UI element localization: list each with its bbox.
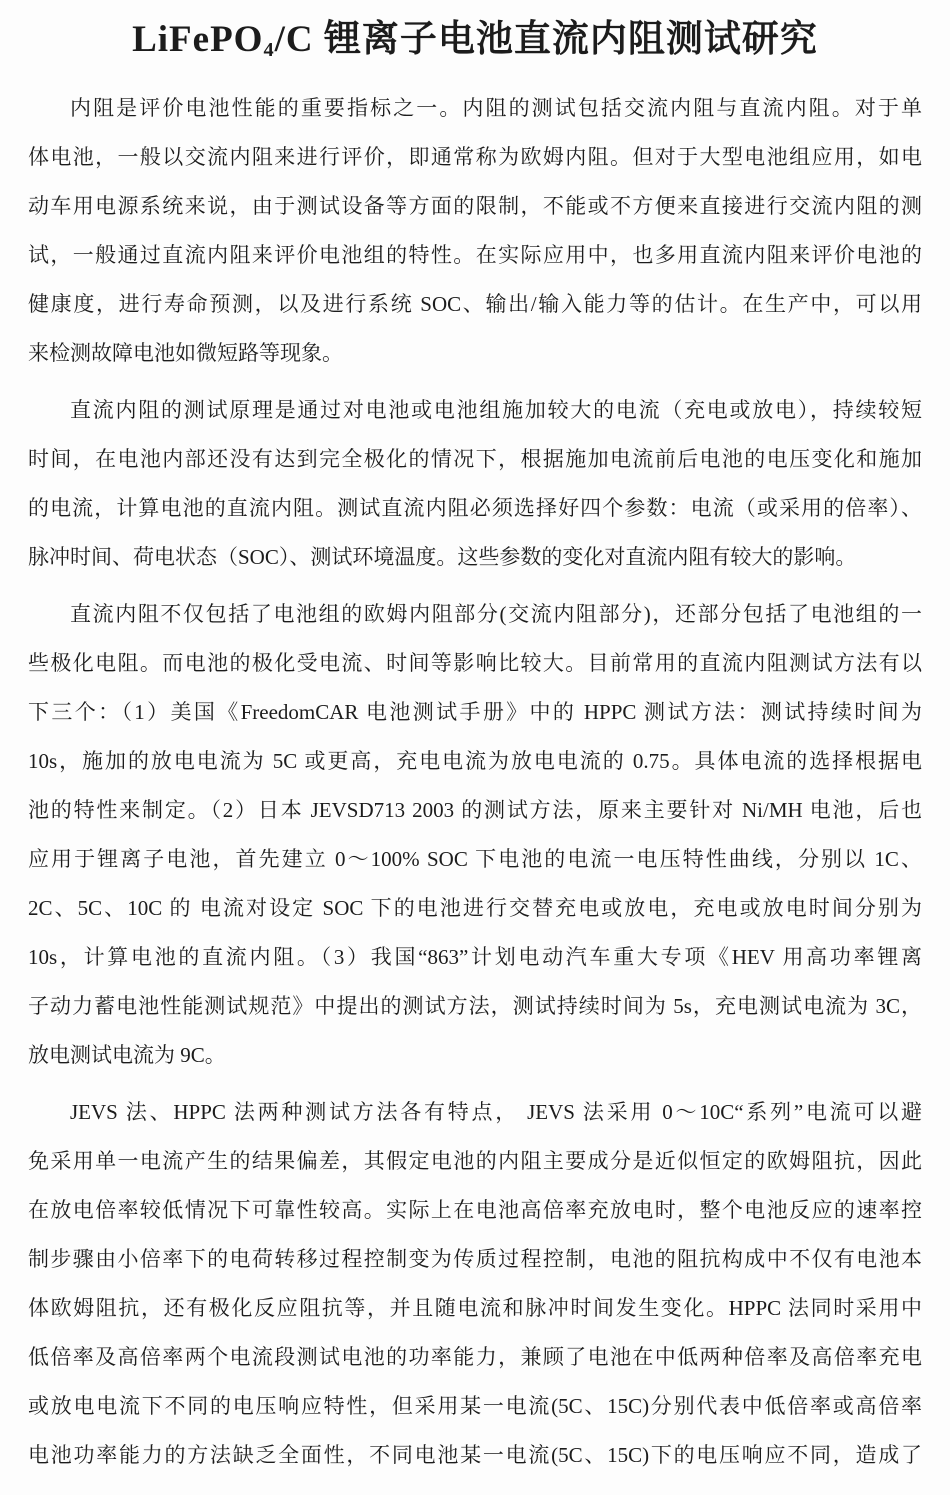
text-line: 些极化电阻。而电池的极化受电流、时间等影响比较大。目前常用的直流内阻测试方法有以 (28, 639, 922, 688)
paragraph: 直流内阻不仅包括了电池组的欧姆内阻部分(交流内阻部分)，还部分包括了电池组的一些… (28, 590, 922, 1080)
text-line: 健康度，进行寿命预测，以及进行系统 SOC、输出/输入能力等的估计。在生产中，可… (28, 280, 922, 329)
text-line: 动车用电源系统来说，由于测试设备等方面的限制，不能或不方便来直接进行交流内阻的测 (28, 182, 922, 231)
text-line: 或放电电流下不同的电压响应特性，但采用某一电流(5C、15C)分别代表中低倍率或… (28, 1382, 922, 1431)
text-line: 的电流，计算电池的直流内阻。测试直流内阻必须选择好四个参数：电流（或采用的倍率）… (28, 484, 922, 533)
text-line: 子动力蓄电池性能测试规范》中提出的测试方法，测试持续时间为 5s，充电测试电流为… (28, 982, 922, 1031)
title-prefix: LiFePO (132, 19, 263, 60)
text-line: 直流内阻不仅包括了电池组的欧姆内阻部分(交流内阻部分)，还部分包括了电池组的一 (28, 590, 922, 639)
paragraph: JEVS 法、HPPC 法两种测试方法各有特点， JEVS 法采用 0～10C“… (28, 1088, 922, 1480)
document-body: 内阻是评价电池性能的重要指标之一。内阻的测试包括交流内阻与直流内阻。对于单体电池… (28, 84, 922, 1480)
text-line: 应用于锂离子电池，首先建立 0～100% SOC 下电池的电流一电压特性曲线，分… (28, 835, 922, 884)
text-line: 体欧姆阻抗，还有极化反应阻抗等，并且随电流和脉冲时间发生变化。HPPC 法同时采… (28, 1284, 922, 1333)
text-line: 时间，在电池内部还没有达到完全极化的情况下，根据施加电流前后电池的电压变化和施加 (28, 435, 922, 484)
text-line: 来检测故障电池如微短路等现象。 (28, 329, 922, 378)
text-line: 脉冲时间、荷电状态（SOC）、测试环境温度。这些参数的变化对直流内阻有较大的影响… (28, 533, 922, 582)
text-line: 内阻是评价电池性能的重要指标之一。内阻的测试包括交流内阻与直流内阻。对于单 (28, 84, 922, 133)
text-line: 放电测试电流为 9C。 (28, 1031, 922, 1080)
paragraph: 内阻是评价电池性能的重要指标之一。内阻的测试包括交流内阻与直流内阻。对于单体电池… (28, 84, 922, 378)
text-line: 免采用单一电流产生的结果偏差，其假定电池的内阻主要成分是近似恒定的欧姆阻抗，因此 (28, 1137, 922, 1186)
text-line: 10s，计算电池的直流内阻。（3）我国“863”计划电动汽车重大专项《HEV 用… (28, 933, 922, 982)
text-line: 2C、5C、10C 的 电流对设定 SOC 下的电池进行交替充电或放电，充电或放… (28, 884, 922, 933)
text-line: 制步骤由小倍率下的电荷转移过程控制变为传质过程控制，电池的阻抗构成中不仅有电池本 (28, 1235, 922, 1284)
text-line: 直流内阻的测试原理是通过对电池或电池组施加较大的电流（充电或放电），持续较短 (28, 386, 922, 435)
text-line: 下三个：（1）美国《FreedomCAR 电池测试手册》中的 HPPC 测试方法… (28, 688, 922, 737)
text-line: 池的特性来制定。（2）日本 JEVSD713 2003 的测试方法，原来主要针对… (28, 786, 922, 835)
text-line: 10s，施加的放电电流为 5C 或更高，充电电流为放电电流的 0.75。具体电流… (28, 737, 922, 786)
paragraph: 直流内阻的测试原理是通过对电池或电池组施加较大的电流（充电或放电），持续较短时间… (28, 386, 922, 582)
text-line: 在放电倍率较低情况下可靠性较高。实际上在电池高倍率充放电时，整个电池反应的速率控 (28, 1186, 922, 1235)
title-subscript: 4 (263, 39, 274, 61)
text-line: 体电池，一般以交流内阻来进行评价，即通常称为欧姆内阻。但对于大型电池组应用，如电 (28, 133, 922, 182)
title-suffix: /C 锂离子电池直流内阻测试研究 (275, 19, 818, 60)
text-line: 低倍率及高倍率两个电流段测试电池的功率能力，兼顾了电池在中低两种倍率及高倍率充电 (28, 1333, 922, 1382)
page-title: LiFePO4/C 锂离子电池直流内阻测试研究 (28, 14, 922, 66)
document-page: LiFePO4/C 锂离子电池直流内阻测试研究 内阻是评价电池性能的重要指标之一… (0, 0, 950, 1495)
text-line: 试，一般通过直流内阻来评价电池组的特性。在实际应用中，也多用直流内阻来评价电池的 (28, 231, 922, 280)
text-line: 电池功率能力的方法缺乏全面性，不同电池某一电流(5C、15C)下的电压响应不同，… (28, 1431, 922, 1480)
text-line: JEVS 法、HPPC 法两种测试方法各有特点， JEVS 法采用 0～10C“… (28, 1088, 922, 1137)
